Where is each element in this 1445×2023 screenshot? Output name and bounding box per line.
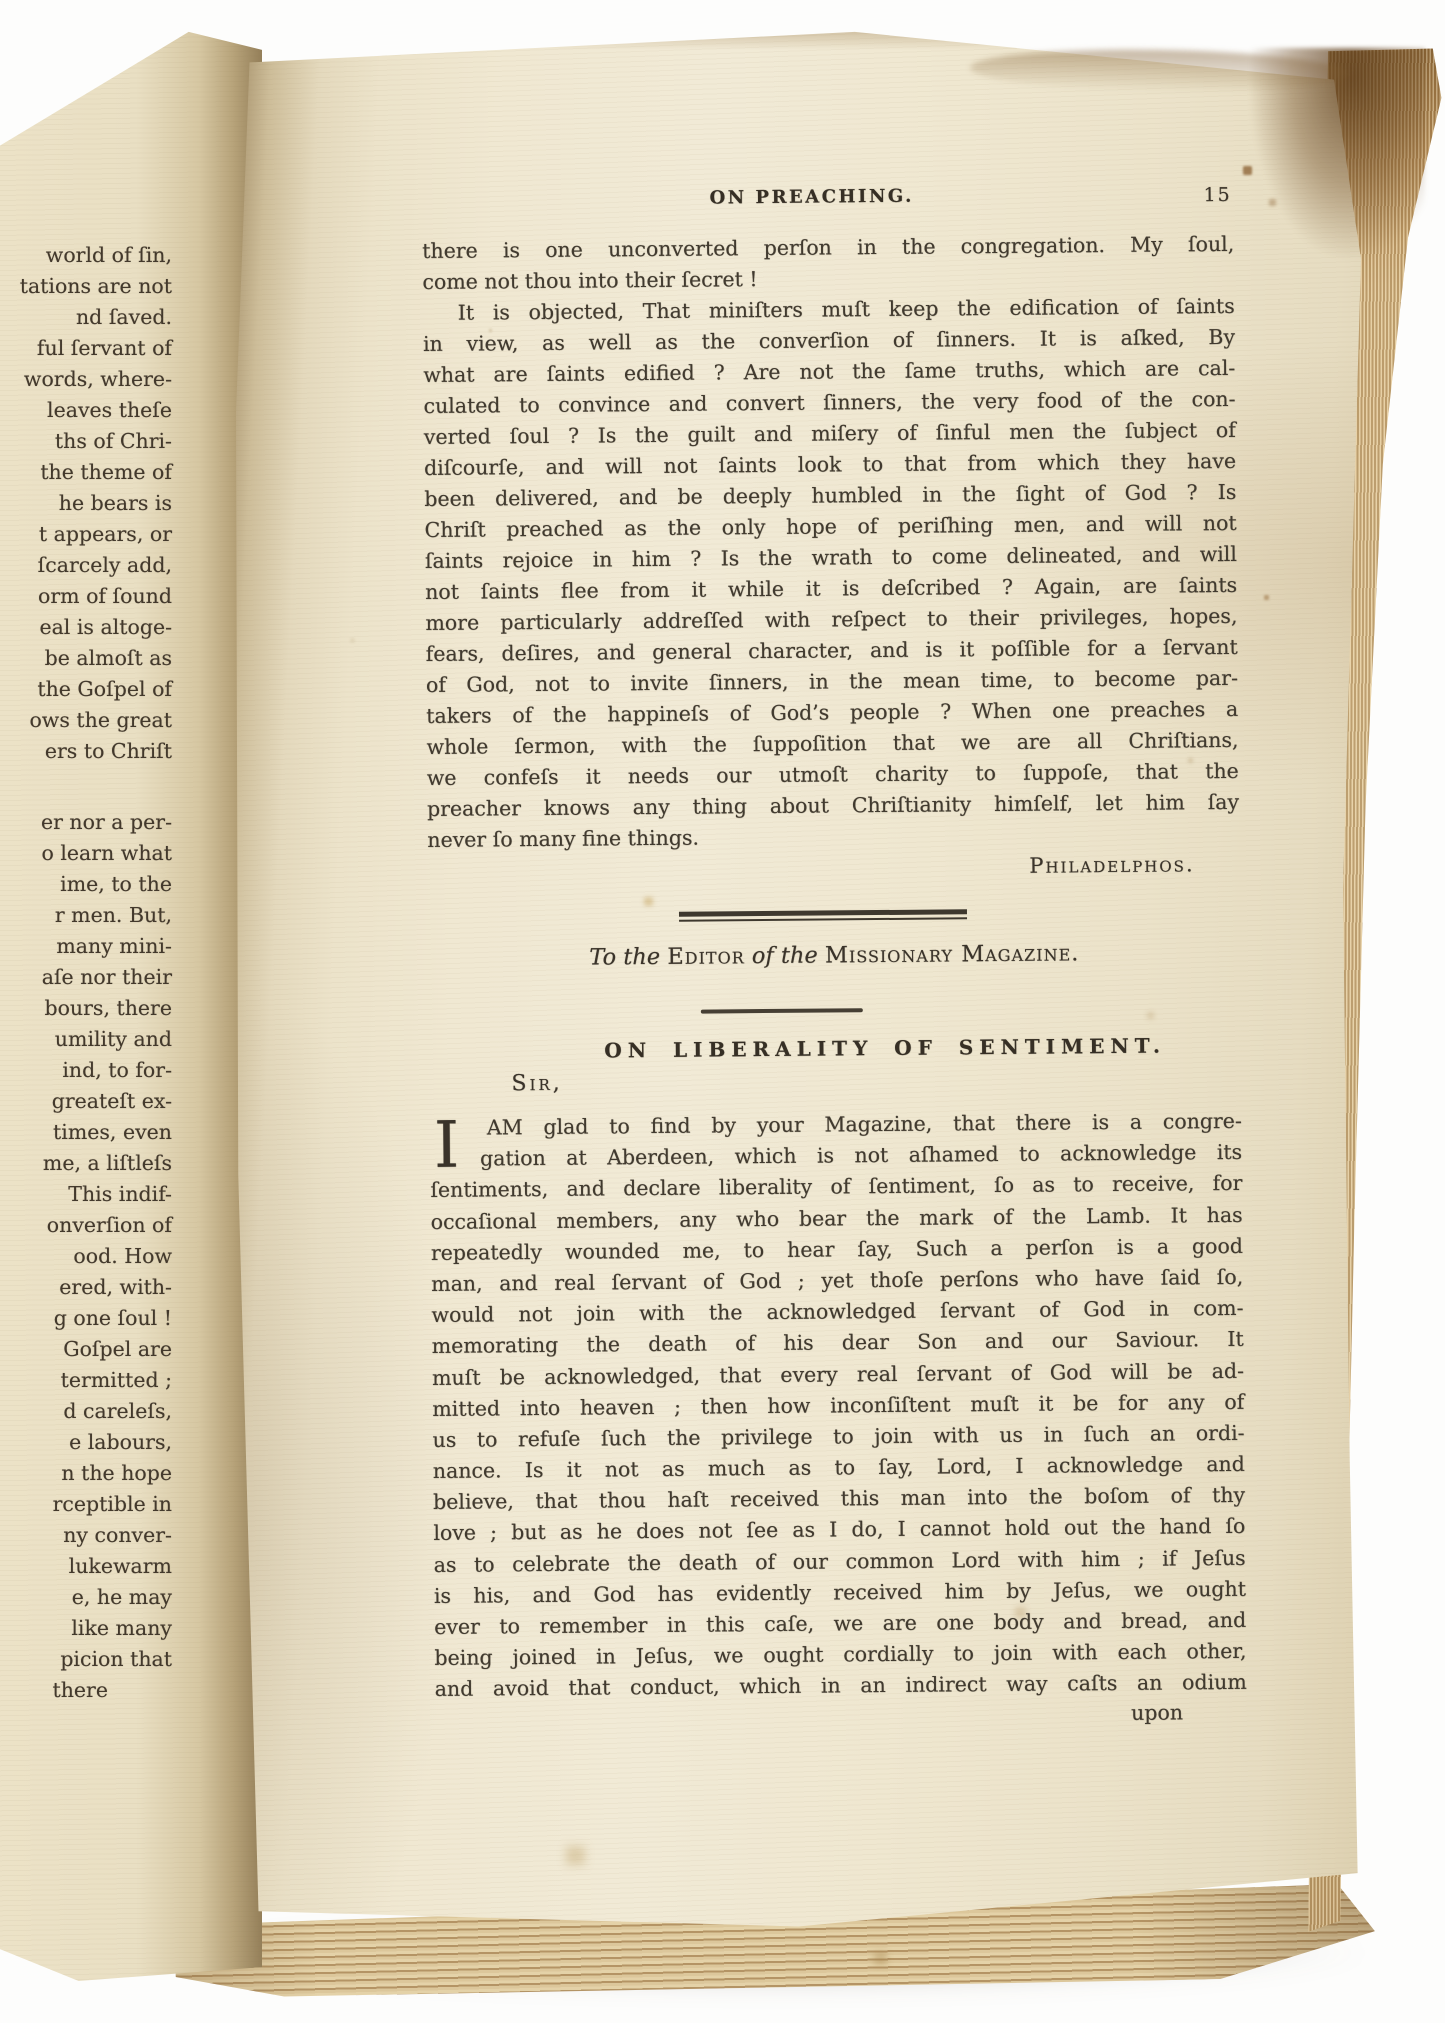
salutation: Sir, <box>511 1071 563 1096</box>
text-line: me, a liſtleſs <box>0 1148 172 1179</box>
text-line: d careleſs, <box>0 1396 172 1427</box>
text-line: ſcarcely add, <box>0 550 172 581</box>
right-page-content: ON PREACHING. 15 there is one unconverte… <box>420 0 1248 1800</box>
text-line: eal is altoge- <box>0 612 172 643</box>
text-line: ths of Chri- <box>0 426 172 457</box>
text-line: ood. How <box>0 1241 172 1272</box>
text-line: r men. But, <box>0 900 172 931</box>
text-line: the Goſpel of <box>0 674 172 705</box>
text-line: e labours, <box>0 1427 172 1458</box>
text-line: ny conver- <box>0 1520 172 1551</box>
letter-heading-of-the: of the <box>752 943 818 970</box>
text-line: This indif- <box>0 1179 172 1210</box>
book-photo: world of ſin,tations are notnd ſaved.ful… <box>0 0 1445 2023</box>
text-line: ers to Chriſt <box>0 736 172 767</box>
letter-body-lines: AM glad to find by your Magazine, that t… <box>430 1106 1247 1706</box>
left-page-text-block-2: er nor a per-o learn whatime, to ther me… <box>0 807 172 1706</box>
letter-heading-to-the: To the <box>589 944 660 971</box>
text-line: termitted ; <box>0 1365 172 1396</box>
page-number: 15 <box>1203 184 1231 206</box>
text-line: he bears is <box>0 488 172 519</box>
text-line: ful ſervant of <box>0 333 172 364</box>
text-line: o learn what <box>0 838 172 869</box>
text-line: ered, with- <box>0 1272 172 1303</box>
text-line: ime, to the <box>0 869 172 900</box>
text-line: the theme of <box>0 457 172 488</box>
text-line: be almoſt as <box>0 643 172 674</box>
text-line: tations are not <box>0 271 172 302</box>
text-line: and avoid that conduct, which in an indi… <box>435 1667 1247 1705</box>
catchword: upon <box>435 1700 1247 1731</box>
drop-cap: I <box>434 1117 460 1175</box>
text-line: ows the great <box>0 705 172 736</box>
text-line: e, he may <box>0 1582 172 1613</box>
text-line: t appears, or <box>0 519 172 550</box>
text-line: aſe nor their <box>0 962 172 993</box>
text-line: world of ſin, <box>0 240 172 271</box>
text-line: onverſion of <box>0 1210 172 1241</box>
text-line: like many <box>0 1613 172 1644</box>
text-line: Goſpel are <box>0 1334 172 1365</box>
text-line: umility and <box>0 1024 172 1055</box>
left-page-text-block-1: world of ſin,tations are notnd ſaved.ful… <box>0 240 172 767</box>
letter-heading-magazine: Missionary Magazine. <box>825 940 1080 968</box>
text-line: orm of ſound <box>0 581 172 612</box>
text-line: greateſt ex- <box>0 1086 172 1117</box>
article-title: ON LIBERALITY OF SENTIMENT. <box>479 1032 1291 1063</box>
text-line: lukewarm <box>0 1551 172 1582</box>
text-line: leaves theſe <box>0 395 172 426</box>
text-line: many mini- <box>0 931 172 962</box>
signature: Philadelphos. <box>427 852 1239 883</box>
text-line: times, even <box>0 1117 172 1148</box>
text-line: er nor a per- <box>0 807 172 838</box>
text-line: g one ſoul ! <box>0 1303 172 1334</box>
text-line: n the hope <box>0 1458 172 1489</box>
section-divider-rule <box>679 909 967 917</box>
text-line: picion that <box>0 1644 172 1675</box>
letter-body-paragraph: I AM glad to find by your Magazine, that… <box>430 1106 1247 1706</box>
text-line: nd ſaved. <box>0 302 172 333</box>
letter-heading: To the Editor of the Missionary Magazine… <box>428 939 1240 972</box>
running-header: ON PREACHING. 15 <box>422 183 1234 216</box>
paragraph-objection: It is objected, That miniſters muſt keep… <box>423 291 1240 856</box>
text-line: rceptible in <box>0 1489 172 1520</box>
paragraph-continuation: there is one unconverted perſon in the c… <box>422 229 1235 298</box>
running-title: ON PREACHING. <box>406 183 1218 211</box>
letter-heading-editor: Editor <box>667 943 745 970</box>
text-line: never ſo many fine things. <box>427 818 1239 856</box>
foxing-spots <box>0 0 1 1</box>
text-line: words, where- <box>0 364 172 395</box>
heading-divider-rule <box>701 1008 863 1013</box>
text-line: there <box>0 1675 172 1706</box>
text-line: bours, there <box>0 993 172 1024</box>
text-line: ind, to for- <box>0 1055 172 1086</box>
